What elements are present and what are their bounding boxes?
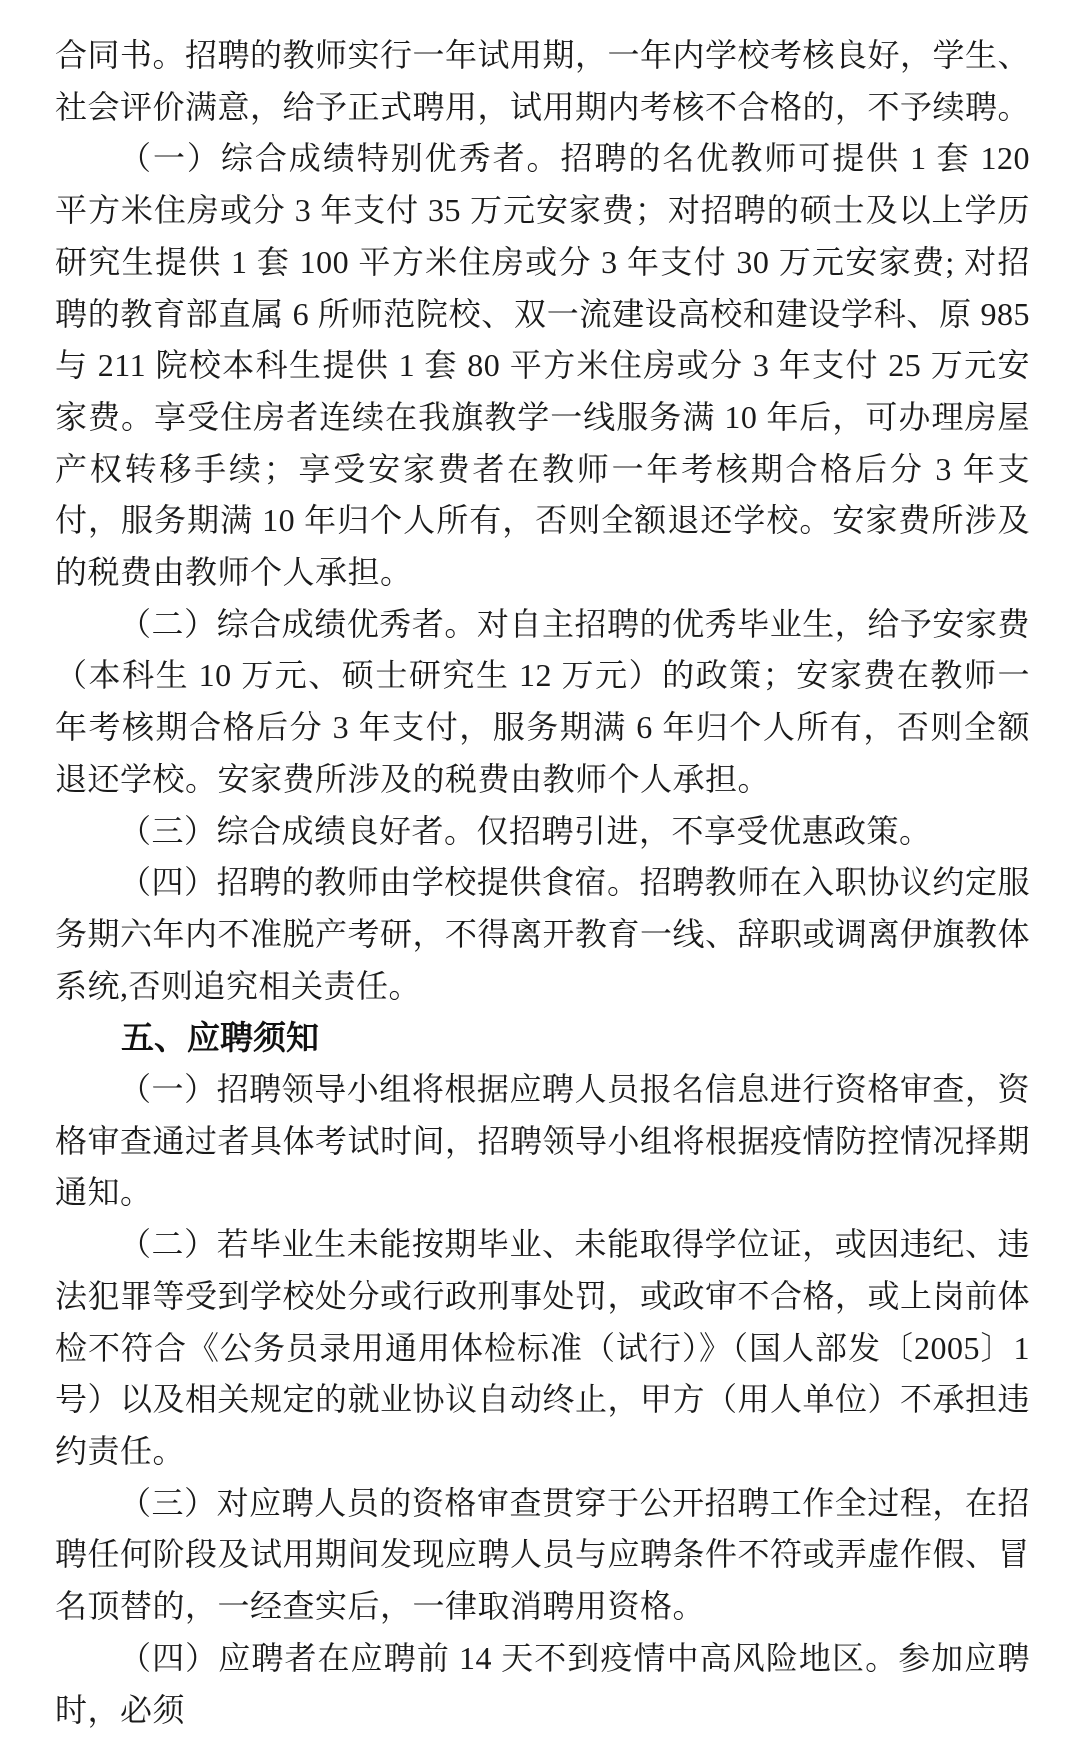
clause-1-outstanding-benefits: （一）综合成绩特别优秀者。招聘的名优教师可提供 1 套 120 平方米住房或分 …	[55, 133, 1030, 598]
notice-4-epidemic-requirement: （四）应聘者在应聘前 14 天不到疫情中高风险地区。参加应聘时，必须	[55, 1633, 1030, 1736]
document-page: 合同书。招聘的教师实行一年试用期，一年内学校考核良好，学生、社会评价满意，给予正…	[0, 0, 1080, 1746]
clause-2-excellent-benefits: （二）综合成绩优秀者。对自主招聘的优秀毕业生，给予安家费（本科生 10 万元、硕…	[55, 599, 1030, 806]
paragraph-continued-from-previous-page: 合同书。招聘的教师实行一年试用期，一年内学校考核良好，学生、社会评价满意，给予正…	[55, 30, 1030, 133]
clause-3-good-result: （三）综合成绩良好者。仅招聘引进，不享受优惠政策。	[55, 806, 1030, 858]
notice-2-agreement-termination: （二）若毕业生未能按期毕业、未能取得学位证，或因违纪、违法犯罪等受到学校处分或行…	[55, 1219, 1030, 1478]
clause-4-board-and-service-term: （四）招聘的教师由学校提供食宿。招聘教师在入职协议约定服务期六年内不准脱产考研，…	[55, 857, 1030, 1012]
notice-1-qualification-review: （一）招聘领导小组将根据应聘人员报名信息进行资格审查，资格审查通过者具体考试时间…	[55, 1064, 1030, 1219]
section-5-heading-application-notes: 五、应聘须知	[55, 1012, 1030, 1064]
notice-3-review-whole-process: （三）对应聘人员的资格审查贯穿于公开招聘工作全过程，在招聘任何阶段及试用期间发现…	[55, 1478, 1030, 1633]
